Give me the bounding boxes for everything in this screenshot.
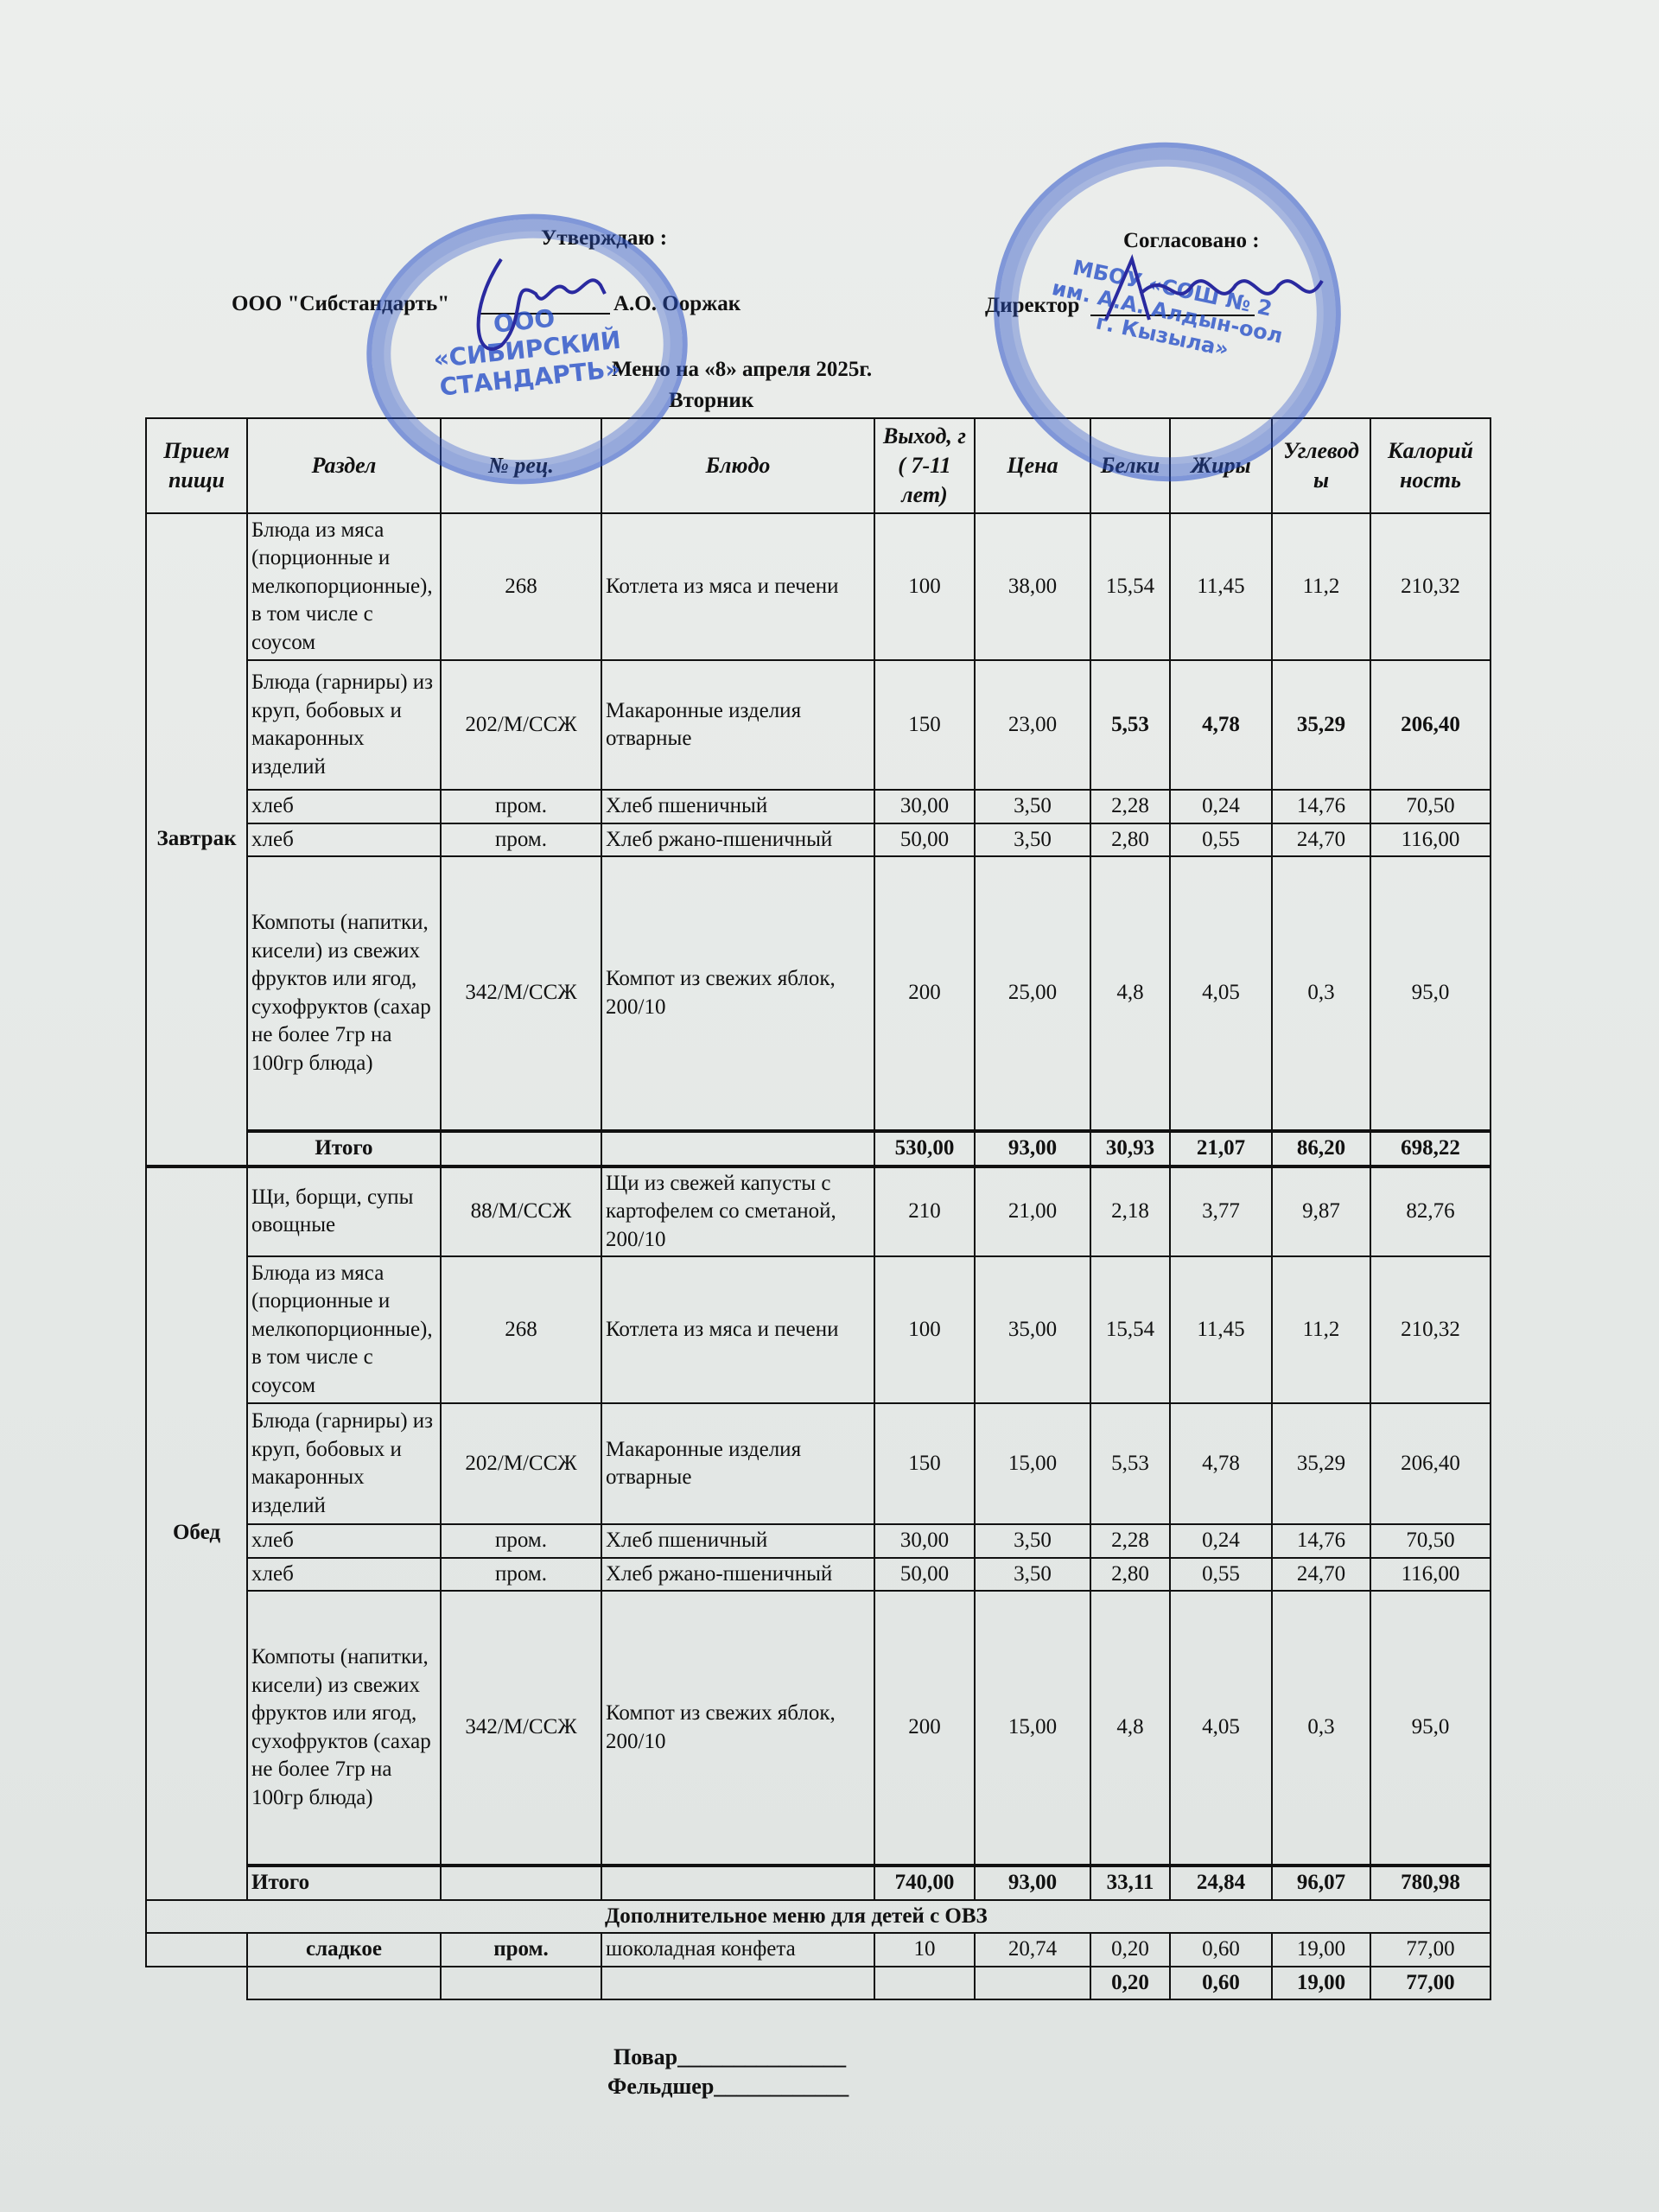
total-carbs: 96,07 [1272,1866,1370,1900]
col-header-recipe: № рец. [441,418,601,513]
kcal-cell: 77,00 [1370,1933,1491,1967]
recipe-cell: пром. [441,1558,601,1592]
price-cell: 21,00 [975,1166,1090,1257]
total-price: 93,00 [975,1866,1090,1900]
yield-cell: 100 [874,1256,975,1403]
dish-cell: шоколадная конфета [601,1933,874,1967]
total-label: Итого [247,1866,441,1900]
kcal-cell: 210,32 [1370,513,1491,660]
yield-cell: 100 [874,513,975,660]
fat-cell: 4,78 [1170,660,1272,790]
cook-signature-field[interactable]: Повар_______________ [613,2044,846,2070]
dish-cell: Котлета из мяса и печени [601,513,874,660]
kcal-cell: 70,50 [1370,790,1491,823]
kcal-cell: 206,40 [1370,1403,1491,1524]
total-row-ovz: 0,200,6019,0077,00 [146,1967,1491,2000]
medic-signature-field[interactable]: Фельдшер____________ [607,2074,849,2100]
price-cell: 38,00 [975,513,1090,660]
price-cell: 3,50 [975,790,1090,823]
protein-cell: 5,53 [1090,1403,1170,1524]
fat-cell: 11,45 [1170,513,1272,660]
carbs-cell: 35,29 [1272,1403,1370,1524]
col-header-dish: Блюдо [601,418,874,513]
price-cell: 3,50 [975,1558,1090,1592]
table-header-row: Прием пищи Раздел № рец. Блюдо Выход, г … [146,418,1491,513]
total-kcal: 77,00 [1370,1967,1491,2000]
recipe-cell: 202/М/ССЖ [441,1403,601,1524]
empty-cell [601,1866,874,1900]
table-row: ЗавтракБлюда из мяса (порционные и мелко… [146,513,1491,660]
dish-cell: Хлеб пшеничный [601,1524,874,1558]
protein-cell: 2,18 [1090,1166,1170,1257]
dish-cell: Хлеб ржано-пшеничный [601,1558,874,1592]
meal-name-lunch: Обед [146,1166,247,1900]
fat-cell: 0,55 [1170,823,1272,857]
price-cell: 15,00 [975,1591,1090,1866]
kcal-cell: 95,0 [1370,1591,1491,1866]
section-cell: сладкое [247,1933,441,1967]
carbs-cell: 11,2 [1272,1256,1370,1403]
section-cell: хлеб [247,1524,441,1558]
recipe-cell: пром. [441,823,601,857]
protein-cell: 2,80 [1090,823,1170,857]
yield-cell: 50,00 [874,1558,975,1592]
fat-cell: 3,77 [1170,1166,1272,1257]
carbs-cell: 24,70 [1272,823,1370,857]
total-kcal: 780,98 [1370,1866,1491,1900]
table-row: сладкоепром.шоколадная конфета1020,740,2… [146,1933,1491,1967]
yield-cell: 200 [874,856,975,1131]
price-cell: 23,00 [975,660,1090,790]
meal-name-breakfast: Завтрак [146,513,247,1166]
empty-cell [441,1967,601,2000]
protein-cell: 2,80 [1090,1558,1170,1592]
fat-cell: 0,60 [1170,1933,1272,1967]
col-header-meal: Прием пищи [146,418,247,513]
protein-cell: 4,8 [1090,856,1170,1131]
section-cell: Блюда (гарниры) из круп, бобовых и макар… [247,1403,441,1524]
fat-cell: 4,78 [1170,1403,1272,1524]
recipe-cell: 268 [441,1256,601,1403]
total-protein: 30,93 [1090,1131,1170,1166]
dish-cell: Компот из свежих яблок, 200/10 [601,856,874,1131]
total-protein: 33,11 [1090,1866,1170,1900]
recipe-cell: пром. [441,1524,601,1558]
yield-cell: 150 [874,660,975,790]
table-row: хлебпром.Хлеб ржано-пшеничный50,003,502,… [146,823,1491,857]
total-yield: 740,00 [874,1866,975,1900]
weekday: Вторник [669,389,753,413]
section-cell: хлеб [247,823,441,857]
director-signature-line [1090,294,1255,316]
empty-cell [441,1866,601,1900]
table-row: Компоты (напитки, кисели) из свежих фрук… [146,856,1491,1131]
empty-cell [146,1967,247,2000]
fat-cell: 4,05 [1170,856,1272,1131]
carbs-cell: 35,29 [1272,660,1370,790]
dish-cell: Хлеб ржано-пшеничный [601,823,874,857]
recipe-cell: 342/М/ССЖ [441,856,601,1131]
total-fat: 0,60 [1170,1967,1272,2000]
table-row: Компоты (напитки, кисели) из свежих фрук… [146,1591,1491,1866]
dish-cell: Макаронные изделия отварные [601,660,874,790]
protein-cell: 15,54 [1090,513,1170,660]
section-cell: хлеб [247,1558,441,1592]
yield-cell: 10 [874,1933,975,1967]
table-row: хлебпром.Хлеб пшеничный30,003,502,280,24… [146,1524,1491,1558]
total-carbs: 19,00 [1272,1967,1370,2000]
total-row-lunch: Итого740,0093,0033,1124,8496,07780,98 [146,1866,1491,1900]
ovz-title: Дополнительное меню для детей с ОВЗ [601,1900,1491,1934]
empty-cell [601,1131,874,1166]
approver-name: А.О. Ооржак [613,292,741,316]
recipe-cell: 342/М/ССЖ [441,1591,601,1866]
empty-cell [146,1933,247,1967]
dish-cell: Котлета из мяса и печени [601,1256,874,1403]
director-label: Директор [985,294,1079,318]
recipe-cell: 202/М/ССЖ [441,660,601,790]
carbs-cell: 14,76 [1272,1524,1370,1558]
empty-cell [146,1900,601,1934]
table-row: Блюда (гарниры) из круп, бобовых и макар… [146,1403,1491,1524]
price-cell: 3,50 [975,823,1090,857]
yield-cell: 30,00 [874,1524,975,1558]
total-carbs: 86,20 [1272,1131,1370,1166]
fat-cell: 0,24 [1170,1524,1272,1558]
total-yield: 530,00 [874,1131,975,1166]
table-row: ОбедЩи, борщи, супы овощные88/М/ССЖЩи из… [146,1166,1491,1257]
carbs-cell: 19,00 [1272,1933,1370,1967]
carbs-cell: 24,70 [1272,1558,1370,1592]
total-row-breakfast: Итого530,0093,0030,9321,0786,20698,22 [146,1131,1491,1166]
total-label: Итого [247,1131,441,1166]
price-cell: 35,00 [975,1256,1090,1403]
approver-signature-line [480,292,610,315]
col-header-yield: Выход, г ( 7-11 лет) [874,418,975,513]
kcal-cell: 95,0 [1370,856,1491,1131]
yield-cell: 210 [874,1166,975,1257]
price-cell: 20,74 [975,1933,1090,1967]
empty-cell [874,1967,975,2000]
protein-cell: 2,28 [1090,790,1170,823]
section-cell: Блюда (гарниры) из круп, бобовых и макар… [247,660,441,790]
total-kcal: 698,22 [1370,1131,1491,1166]
empty-cell [247,1967,441,2000]
yield-cell: 50,00 [874,823,975,857]
kcal-cell: 116,00 [1370,823,1491,857]
table-row: Блюда (гарниры) из круп, бобовых и макар… [146,660,1491,790]
total-fat: 21,07 [1170,1131,1272,1166]
col-header-fat: Жиры [1170,418,1272,513]
recipe-cell: 88/М/ССЖ [441,1166,601,1257]
section-cell: Блюда из мяса (порционные и мелкопорцион… [247,513,441,660]
empty-cell [441,1131,601,1166]
carbs-cell: 0,3 [1272,856,1370,1131]
menu-title: Меню на «8» апреля 2025г. [612,358,872,382]
price-cell: 3,50 [975,1524,1090,1558]
yield-cell: 150 [874,1403,975,1524]
dish-cell: Макаронные изделия отварные [601,1403,874,1524]
total-price: 93,00 [975,1131,1090,1166]
yield-cell: 200 [874,1591,975,1866]
dish-cell: Компот из свежих яблок, 200/10 [601,1591,874,1866]
col-header-section: Раздел [247,418,441,513]
carbs-cell: 0,3 [1272,1591,1370,1866]
recipe-cell: пром. [441,790,601,823]
section-cell: Блюда из мяса (порционные и мелкопорцион… [247,1256,441,1403]
agreed-label: Согласовано : [1123,229,1260,253]
kcal-cell: 210,32 [1370,1256,1491,1403]
price-cell: 15,00 [975,1403,1090,1524]
fat-cell: 0,24 [1170,790,1272,823]
carbs-cell: 14,76 [1272,790,1370,823]
empty-cell [601,1967,874,2000]
kcal-cell: 70,50 [1370,1524,1491,1558]
protein-cell: 0,20 [1090,1933,1170,1967]
section-cell: Компоты (напитки, кисели) из свежих фрук… [247,856,441,1131]
recipe-cell: пром. [441,1933,601,1967]
empty-cell [975,1967,1090,2000]
fat-cell: 0,55 [1170,1558,1272,1592]
yield-cell: 30,00 [874,790,975,823]
col-header-protein: Белки [1090,418,1170,513]
col-header-kcal: Калорий ность [1370,418,1491,513]
section-cell: Компоты (напитки, кисели) из свежих фрук… [247,1591,441,1866]
table-row: хлебпром.Хлеб ржано-пшеничный50,003,502,… [146,1558,1491,1592]
kcal-cell: 206,40 [1370,660,1491,790]
protein-cell: 15,54 [1090,1256,1170,1403]
company-name: ООО "Сибстандарть" [232,292,449,316]
fat-cell: 4,05 [1170,1591,1272,1866]
approve-label: Утверждаю : [541,226,667,251]
table-row: Блюда из мяса (порционные и мелкопорцион… [146,1256,1491,1403]
section-cell: хлеб [247,790,441,823]
fat-cell: 11,45 [1170,1256,1272,1403]
carbs-cell: 11,2 [1272,513,1370,660]
section-cell: Щи, борщи, супы овощные [247,1166,441,1257]
menu-table: Прием пищи Раздел № рец. Блюдо Выход, г … [145,417,1491,2000]
kcal-cell: 116,00 [1370,1558,1491,1592]
price-cell: 25,00 [975,856,1090,1131]
col-header-carbs: Углевод ы [1272,418,1370,513]
protein-cell: 5,53 [1090,660,1170,790]
total-protein: 0,20 [1090,1967,1170,2000]
total-fat: 24,84 [1170,1866,1272,1900]
protein-cell: 4,8 [1090,1591,1170,1866]
ovz-title-row: Дополнительное меню для детей с ОВЗ [146,1900,1491,1934]
dish-cell: Хлеб пшеничный [601,790,874,823]
recipe-cell: 268 [441,513,601,660]
carbs-cell: 9,87 [1272,1166,1370,1257]
table-row: хлебпром.Хлеб пшеничный30,003,502,280,24… [146,790,1491,823]
col-header-price: Цена [975,418,1090,513]
dish-cell: Щи из свежей капусты с картофелем со сме… [601,1166,874,1257]
protein-cell: 2,28 [1090,1524,1170,1558]
kcal-cell: 82,76 [1370,1166,1491,1257]
